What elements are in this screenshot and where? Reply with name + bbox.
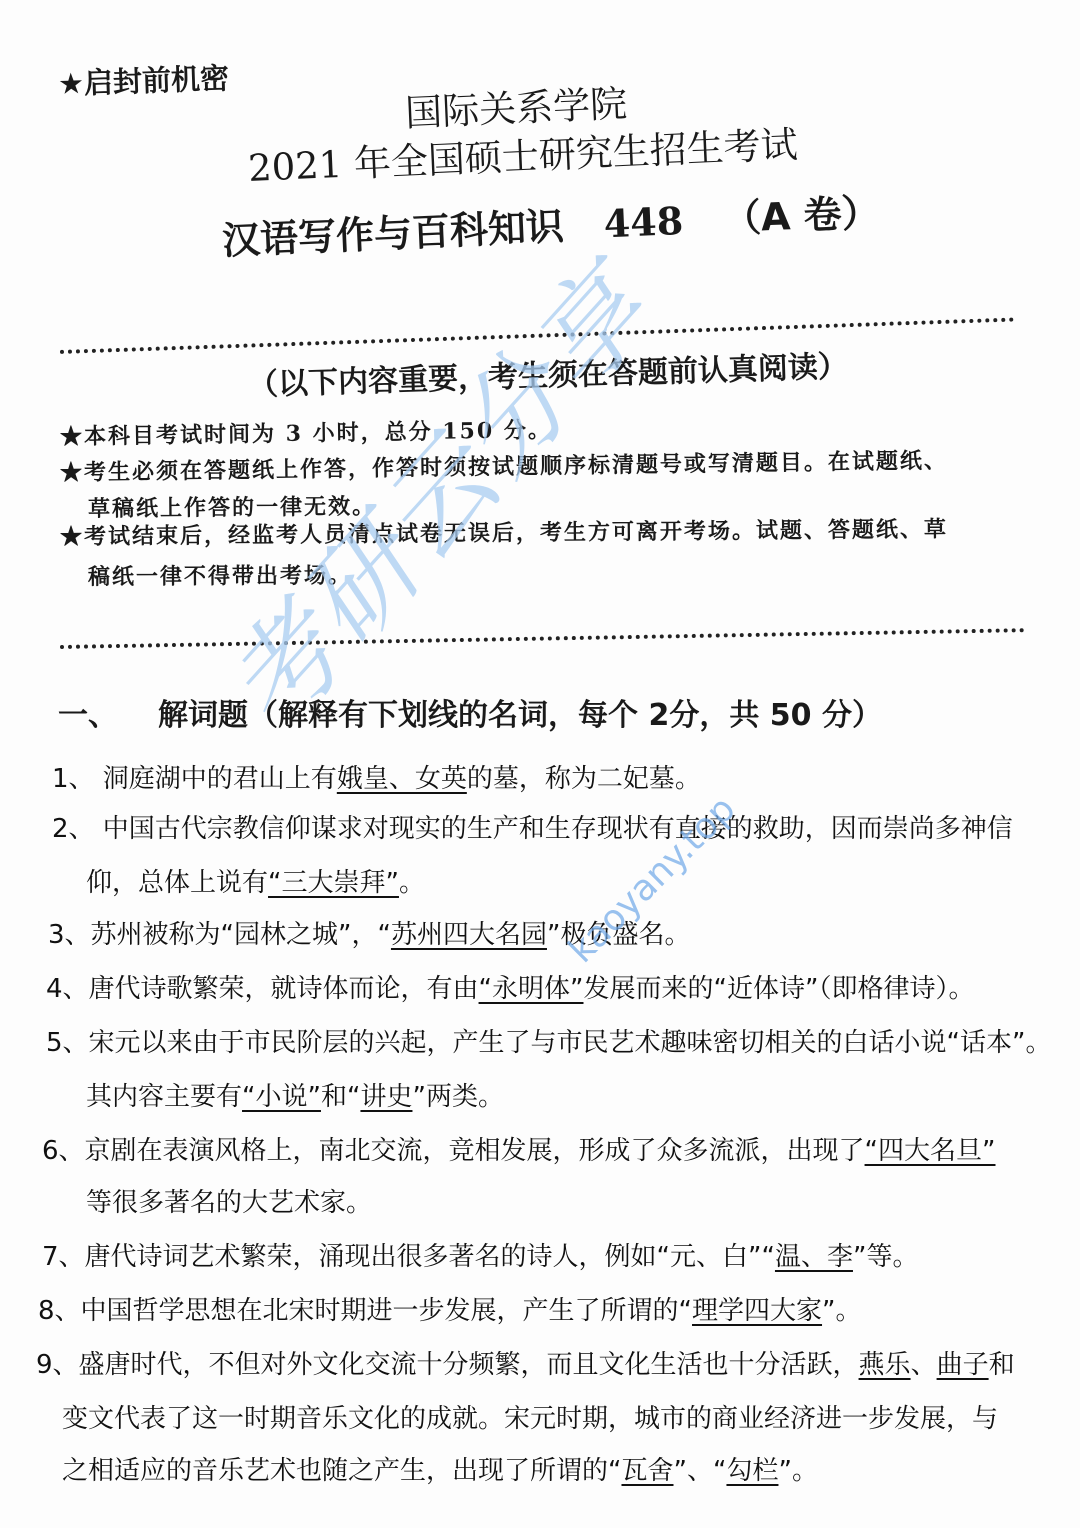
question-text: 、: [911, 1350, 937, 1380]
exam-paper-page: ★启封前机密 国际关系学院 2021 年全国硕士研究生招生考试 汉语写作与百科知…: [0, 0, 1080, 1528]
question-text: 9、盛唐时代，不但对外文化交流十分频繁，而且文化生活也十分活跃，: [36, 1350, 859, 1380]
question-item: 8、中国哲学思想在北宋时期进一步发展，产生了所谓的“理学四大家”。: [38, 1290, 862, 1327]
exam-title: 2021 年全国硕士研究生招生考试: [247, 114, 799, 192]
subject-heading: 汉语写作与百科知识448（A 卷）: [221, 181, 881, 265]
question-text: 。: [399, 868, 425, 898]
dotted-divider-bottom: [60, 628, 1025, 649]
question-item: 7、唐代诗词艺术繁荣，涌现出很多著名的诗人，例如“元、白”“温、李”等。: [42, 1236, 918, 1273]
notice-item: ★考试结束后，经监考人员清点试卷无误后，考生方可离开考场。试题、答题纸、草: [60, 512, 948, 551]
question-item: 9、盛唐时代，不但对外文化交流十分频繁，而且文化生活也十分活跃，燕乐、曲子和: [36, 1344, 1015, 1381]
question-text: ”、“: [674, 1456, 727, 1486]
underlined-term: 曲子: [937, 1350, 989, 1380]
question-text: 变文代表了这一时期音乐文化的成就。宋元时期，城市的商业经济进一步发展，与: [62, 1404, 998, 1434]
question-item: 2、 中国古代宗教信仰谋求对现实的生产和生存现状有直接的救助，因而崇尚多神信: [52, 808, 1013, 845]
question-item: 4、唐代诗歌繁荣，就诗体而论，有由“永明体”发展而来的“近体诗”（即格律诗）。: [46, 968, 974, 1005]
question-item-continued: 之相适应的音乐艺术也随之产生，出现了所谓的“瓦舍”、“勾栏”。: [62, 1450, 818, 1487]
question-text: 其内容主要有: [86, 1082, 242, 1112]
question-text: ”两类。: [412, 1082, 503, 1112]
notice-item: ★本科目考试时间为 3 小时，总分 150 分。: [60, 413, 552, 451]
underlined-term: 理学四大家: [692, 1296, 822, 1326]
question-text: 之相适应的音乐艺术也随之产生，出现了所谓的“: [62, 1456, 621, 1486]
question-text: 7、唐代诗词艺术繁荣，涌现出很多著名的诗人，例如“元、白”“: [42, 1242, 775, 1272]
question-text: 和: [989, 1350, 1015, 1380]
question-item-continued: 其内容主要有“小说”和“讲史”两类。: [86, 1076, 504, 1113]
section-title: 解词题（解释有下划线的名词，每个 2分，共 50 分）: [158, 698, 882, 733]
question-text: 的墓，称为二妃墓。: [467, 764, 701, 794]
underlined-term: “永明体”: [479, 974, 584, 1004]
question-text: ”。: [778, 1456, 817, 1486]
notice-item-continued: 稿纸一律不得带出考场。: [88, 559, 352, 591]
underlined-term: “三大崇拜”: [268, 868, 399, 898]
section-number: 一、: [58, 698, 118, 733]
question-text: ”。: [822, 1296, 861, 1326]
question-item-continued: 仰，总体上说有“三大崇拜”。: [86, 862, 425, 899]
notice-item: ★考生必须在答题纸上作答，作答时须按试题顺序标清题号或写清题目。在试题纸、: [60, 444, 948, 487]
question-text: ”等。: [853, 1242, 918, 1272]
underlined-term: 苏州四大名园: [391, 920, 547, 950]
question-text: 和“: [321, 1082, 360, 1112]
notice-title: （以下内容重要，考生须在答题前认真阅读）: [247, 341, 848, 404]
underlined-term: 娥皇、女英: [337, 764, 467, 794]
underlined-term: 燕乐: [859, 1350, 911, 1380]
question-item: 6、京剧在表演风格上，南北交流，竞相发展，形成了众多流派，出现了“四大名旦”: [42, 1130, 996, 1167]
question-text: 1、 洞庭湖中的君山上有: [52, 764, 337, 794]
question-text: 仰，总体上说有: [86, 868, 268, 898]
question-text: ”极负盛名。: [547, 920, 690, 950]
underlined-term: “四大名旦”: [865, 1136, 996, 1166]
question-text: 5、宋元以来由于市民阶层的兴起，产生了与市民艺术趣味密切相关的白话小说“话本”。: [46, 1028, 1051, 1058]
underlined-term: 瓦舍: [621, 1456, 673, 1486]
section-heading: 一、解词题（解释有下划线的名词，每个 2分，共 50 分）: [58, 690, 882, 734]
question-text: 8、中国哲学思想在北宋时期进一步发展，产生了所谓的“: [38, 1296, 692, 1326]
question-text: 6、京剧在表演风格上，南北交流，竞相发展，形成了众多流派，出现了: [42, 1136, 865, 1166]
question-item: 1、 洞庭湖中的君山上有娥皇、女英的墓，称为二妃墓。: [52, 758, 701, 795]
question-text: 等很多著名的大艺术家。: [86, 1188, 372, 1218]
confidential-label: ★启封前机密: [57, 56, 229, 103]
question-item: 3、苏州被称为“园林之城”，“苏州四大名园”极负盛名。: [48, 914, 690, 951]
question-text: 4、唐代诗歌繁荣，就诗体而论，有由: [46, 974, 479, 1004]
question-item-continued: 变文代表了这一时期音乐文化的成就。宋元时期，城市的商业经济进一步发展，与: [62, 1398, 998, 1435]
paper-version: （A 卷）: [722, 190, 880, 241]
underlined-term: 温、李: [775, 1242, 853, 1272]
subject-code: 448: [603, 198, 684, 246]
subject-name: 汉语写作与百科知识: [221, 204, 565, 263]
question-item: 5、宋元以来由于市民阶层的兴起，产生了与市民艺术趣味密切相关的白话小说“话本”。: [46, 1022, 1051, 1059]
question-item-continued: 等很多著名的大艺术家。: [86, 1182, 372, 1219]
question-text: 3、苏州被称为“园林之城”，“: [48, 920, 391, 950]
dotted-divider-top: [60, 318, 1015, 354]
question-text: 2、 中国古代宗教信仰谋求对现实的生产和生存现状有直接的救助，因而崇尚多神信: [52, 814, 1013, 844]
question-text: 发展而来的“近体诗”（即格律诗）。: [584, 974, 975, 1004]
underlined-term: 勾栏: [726, 1456, 778, 1486]
underlined-term: “小说”: [242, 1082, 321, 1112]
underlined-term: 讲史: [360, 1082, 412, 1112]
